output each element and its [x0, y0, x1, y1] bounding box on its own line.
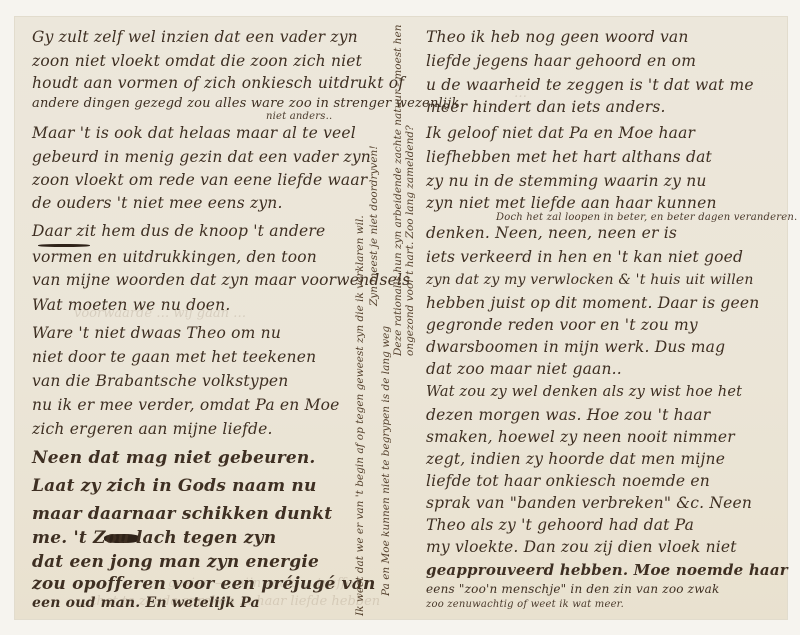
text-line-insert: Doch het zal loopen in beter, en beter d… — [496, 212, 797, 223]
margin-notes: Ik weet dat we er van 't begin af op teg… — [354, 56, 414, 616]
text-line: zou opofferen voor een préjugé van — [32, 574, 376, 594]
text-line: vormen en uitdrukkingen, den toon — [32, 248, 317, 266]
text-line: niet door te gaan met het teekenen — [32, 348, 316, 366]
text-line: smaken, hoewel zy neen nooit nimmer — [426, 428, 735, 446]
text-line: zy nu in de stemming waarin zy nu — [426, 172, 707, 190]
ink-underline — [38, 244, 90, 247]
text-line: Gy zult zelf wel inzien dat een vader zy… — [32, 28, 358, 46]
text-line: iets verkeerd in hen en 't kan niet goed — [426, 248, 743, 266]
text-line: Theo ik heb nog geen woord van — [426, 28, 689, 46]
text-line: liefde jegens haar gehoord en om — [426, 52, 696, 70]
text-line: zyn niet met liefde aan haar kunnen — [426, 194, 717, 212]
text-line: u de waarheid te zeggen is 't dat wat me — [426, 76, 754, 94]
text-line: zoon niet vloekt omdat die zoon zich nie… — [32, 52, 362, 70]
text-line: de ouders 't niet mee eens zyn. — [32, 194, 283, 212]
left-column: Gy zult zelf wel inzien dat een vader zy… — [14, 16, 394, 620]
text-line: maar daarnaar schikken dunkt — [32, 504, 332, 524]
margin-note: Pa en Moe kunnen niet te begrypen is de … — [380, 326, 392, 596]
text-line: hebben juist op dit moment. Daar is geen — [426, 294, 759, 312]
text-line: zyn dat zy my verwlocken & 't huis uit w… — [426, 272, 754, 288]
letter-page: voorwaarde … wij gaan … … … zyn gezien —… — [14, 16, 788, 620]
text-line: Laat zy zich in Gods naam nu — [32, 476, 317, 496]
margin-note: Deze rationalis hun zyn arbeidende zacht… — [392, 25, 404, 356]
text-line: geapprouveerd hebben. Moe noemde haar — [426, 561, 788, 579]
text-line: denken. Neen, neen, neen er is — [426, 224, 677, 242]
text-line-insert: niet anders.. — [266, 111, 332, 122]
text-line: sprak van "banden verbreken" &c. Neen — [426, 494, 752, 512]
right-column: Theo ik heb nog geen woord van liefde je… — [410, 16, 788, 620]
margin-note: Ik weet dat we er van 't begin af op teg… — [354, 215, 366, 616]
text-line: meer hindert dan iets anders. — [426, 98, 666, 116]
text-line: nu ik er mee verder, omdat Pa en Moe — [32, 396, 340, 414]
text-line: Wat moeten we nu doen. — [32, 296, 231, 314]
text-line: Theo als zy 't gehoord had dat Pa — [426, 516, 694, 534]
text-line: zich ergeren aan mijne liefde. — [32, 420, 273, 438]
text-line: dwarsboomen in mijn werk. Dus mag — [426, 338, 725, 356]
text-line: Daar zit hem dus de knoop 't andere — [32, 222, 325, 240]
text-line: gebeurd in menig gezin dat een vader zyn — [32, 148, 371, 166]
text-line: Ware 't niet dwaas Theo om nu — [32, 324, 281, 342]
text-line: my vloekte. Dan zou zij dien vloek niet — [426, 538, 737, 556]
text-line: gegronde reden voor en 't zou my — [426, 316, 698, 334]
text-line: dezen morgen was. Hoe zou 't haar — [426, 406, 710, 424]
text-line: dat zoo maar niet gaan.. — [426, 360, 622, 378]
text-line: Maar 't is ook dat helaas maar al te vee… — [32, 124, 356, 142]
text-line: Wat zou zy wel denken als zy wist hoe he… — [426, 384, 742, 400]
text-line: Ik geloof niet dat Pa en Moe haar — [426, 124, 695, 142]
text-line: zegt, indien zy hoorde dat men mijne — [426, 450, 725, 468]
text-line: zoo zenuwachtig of weet ik wat meer. — [426, 599, 624, 610]
text-line: Neen dat mag niet gebeuren. — [32, 448, 316, 468]
text-line: houdt aan vormen of zich onkiesch uitdru… — [32, 74, 404, 92]
text-line: zoon vloekt om rede van eene liefde waar — [32, 171, 367, 189]
text-line: liefhebben met het hart althans dat — [426, 148, 712, 166]
text-line: van die Brabantsche volkstypen — [32, 372, 288, 390]
text-line: eens "zoo'n menschje" in den zin van zoo… — [426, 582, 720, 596]
text-line: me. 't Zou lach tegen zyn — [32, 528, 276, 548]
text-line: dat een jong man zyn energie — [32, 552, 319, 572]
text-line: een oud man. En wetelijk Pa — [32, 595, 260, 611]
text-line: liefde tot haar onkiesch noemde en — [426, 472, 710, 490]
margin-note: Zyn meest je niet doordryven! — [368, 145, 380, 306]
